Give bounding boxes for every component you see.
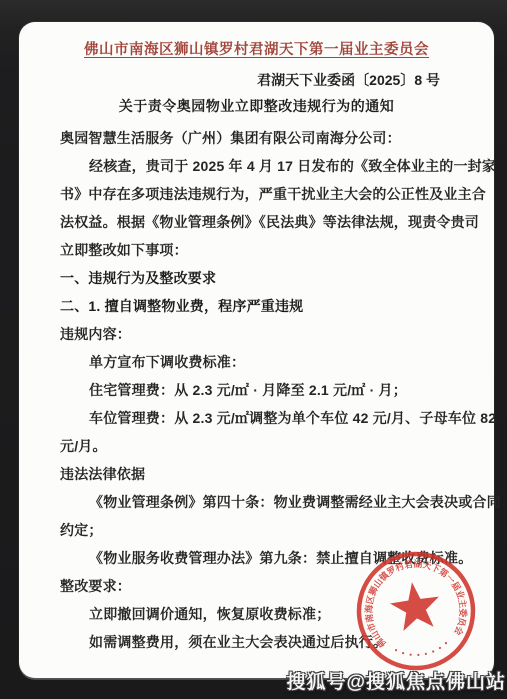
committee-title: 佛山市南海区狮山镇罗村君湖天下第一届业主委员会 [19,40,494,60]
doc-line: 《物业管理条例》第四十条：物业费调整需经业主大会表决或合同 [60,488,474,516]
doc-line: 整改要求： [60,572,474,600]
doc-line: 经核查，贵司于 2025 年 4 月 17 日发布的《致全体业主的一封家 [60,152,474,180]
document-number: 君湖天下业委函〔2025〕8 号 [19,70,494,90]
watermark-text: 搜狐号@搜狐焦点佛山站 [286,667,506,694]
document-body: 奥园智慧生活服务（广州）集团有限公司南海分公司： 经核查，贵司于 2025 年 … [19,124,494,656]
doc-line: 立即撤回调价通知，恢复原收费标准； [60,600,474,628]
doc-line: 《物业服务收费管理办法》第九条：禁止擅自调整收费标准。 [60,544,474,572]
doc-line: 约定； [60,516,474,544]
doc-line: 立即整改如下事项： [60,236,474,264]
screenshot-frame: 佛山市南海区狮山镇罗村君湖天下第一届业主委员会 君湖天下业委函〔2025〕8 号… [0,0,507,699]
doc-line: 违规内容： [60,320,474,348]
document-page: 佛山市南海区狮山镇罗村君湖天下第一届业主委员会 君湖天下业委函〔2025〕8 号… [19,22,494,678]
doc-line: 违法法律依据 [60,460,474,488]
doc-line: 法权益。根据《物业管理条例》《民法典》等法律法规，现责令贵司 [60,208,474,236]
doc-line-heading: 一、违规行为及整改要求 [60,264,474,292]
doc-line: 如需调整费用，须在业主大会表决通过后执行。 [60,628,474,656]
doc-line: 单方宣布下调收费标准： [60,348,474,376]
doc-line: 书》中存在多项违法违规行为，严重干扰业主大会的公正性及业主合 [60,180,474,208]
doc-line: 元/月。 [60,432,474,460]
doc-line: 住宅管理费：从 2.3 元/㎡ · 月降至 2.1 元/㎡ · 月； [60,376,474,404]
doc-line: 车位管理费：从 2.3 元/㎡调整为单个车位 42 元/月、子母车位 82 [60,404,474,432]
doc-line-heading: 二、1. 擅自调整物业费，程序严重违规 [60,292,474,320]
notice-title: 关于责令奥园物业立即整改违规行为的通知 [19,96,494,116]
doc-line: 奥园智慧生活服务（广州）集团有限公司南海分公司： [60,124,474,152]
